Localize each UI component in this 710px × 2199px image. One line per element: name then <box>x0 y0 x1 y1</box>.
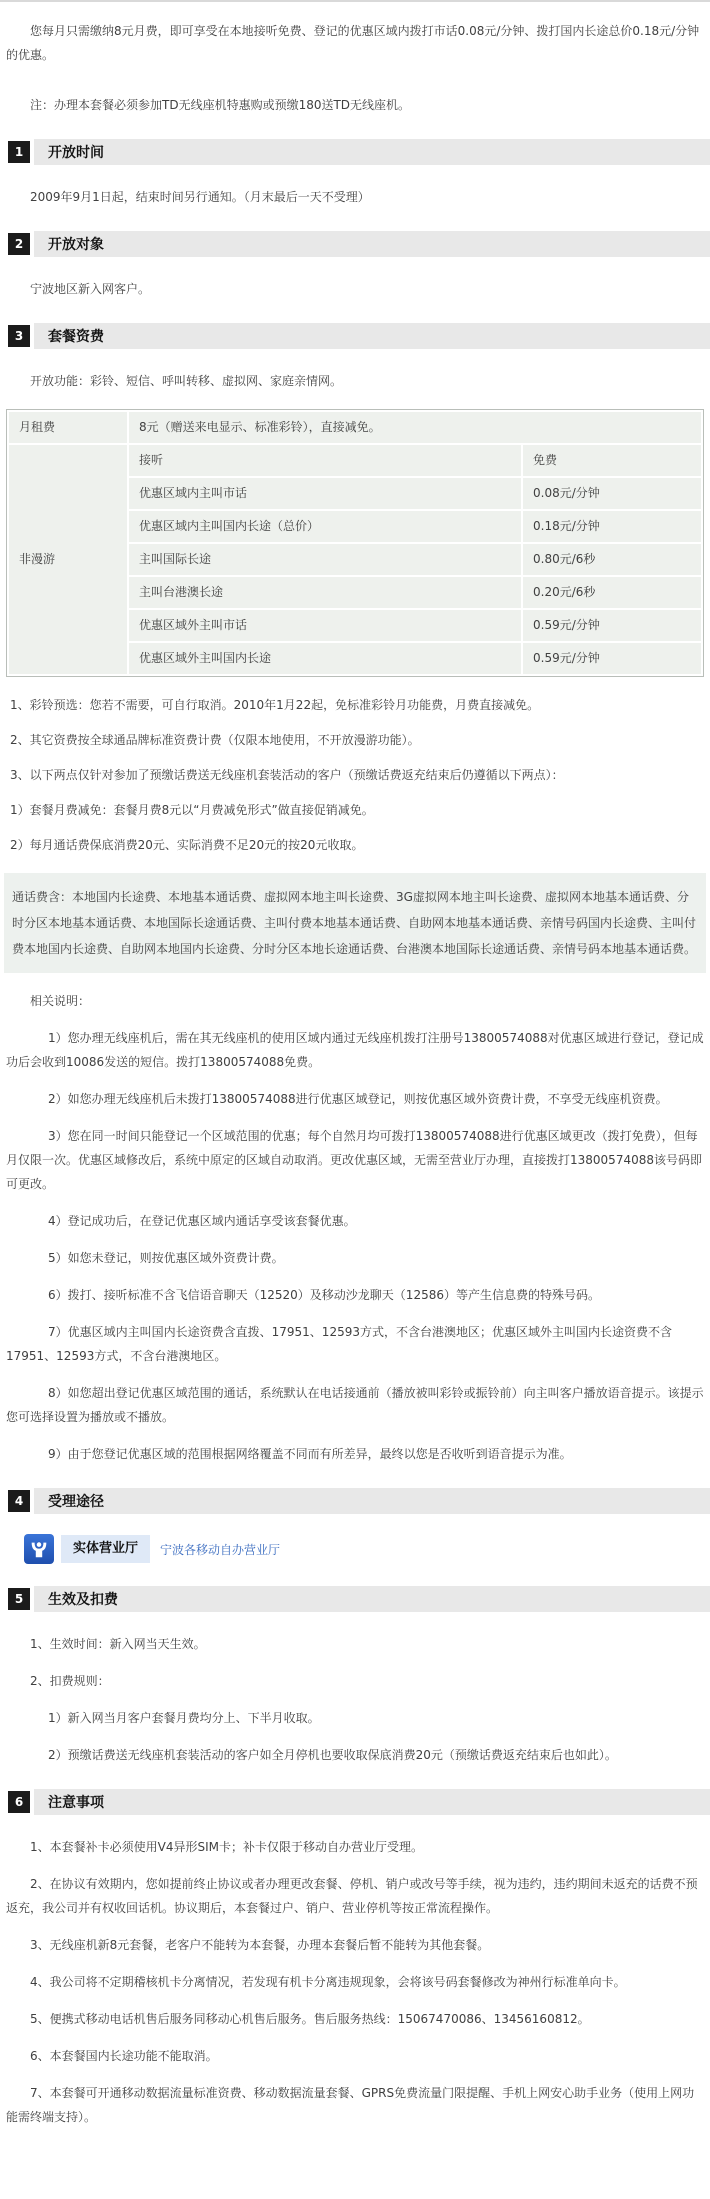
related-item: 7）优惠区域内主叫国内长途资费含直拨、17951、12593方式，不含台港澳地区… <box>6 1320 704 1368</box>
rate-price-cell: 0.80元/6秒 <box>523 544 701 575</box>
fee-note: 3、以下两点仅针对参加了预缴话费送无线座机套装活动的客户（预缴话费返充结束后仍遵… <box>10 763 704 787</box>
section-2-number: 2 <box>8 233 30 255</box>
rate-price-cell: 0.59元/分钟 <box>523 610 701 641</box>
table-row: 非漫游 接听 免费 <box>9 445 701 476</box>
intro-paragraph: 您每月只需缴纳8元月费，即可享受在本地接听免费、登记的优惠区域内拨打市话0.08… <box>6 19 704 67</box>
caution-item: 1、本套餐补卡必须使用V4异形SIM卡；补卡仅限于移动自办营业厅受理。 <box>6 1835 704 1859</box>
fee-note: 2）每月通话费保底消费20元、实际消费不足20元的按20元收取。 <box>10 833 704 857</box>
monthly-fee-value-cell: 8元（赠送来电显示、标准彩铃），直接减免。 <box>129 412 701 443</box>
section-1-number: 1 <box>8 141 30 163</box>
related-item: 8）如您超出登记优惠区域范围的通话，系统默认在电话接通前（播放被叫彩铃或振铃前）… <box>6 1381 704 1429</box>
rate-name-cell: 主叫国际长途 <box>129 544 521 575</box>
related-item: 1）您办理无线座机后，需在其无线座机的使用区域内通过无线座机拨打注册号13800… <box>6 1026 704 1074</box>
section-6-bar: 注意事项 <box>34 1789 710 1815</box>
caution-item: 4、我公司将不定期稽核机卡分离情况，若发现有机卡分离违规现象，会将该号码套餐修改… <box>6 1970 704 1994</box>
section-5-title: 生效及扣费 <box>34 1589 118 1609</box>
related-item: 3）您在同一时间只能登记一个区域范围的优惠；每个自然月均可拨打138005740… <box>6 1124 704 1196</box>
rate-name-cell: 优惠区域外主叫市话 <box>129 610 521 641</box>
section-3-number: 3 <box>8 325 30 347</box>
section-2-bar: 开放对象 <box>34 231 710 257</box>
channel-row: 实体营业厅 宁波各移动自办营业厅 <box>24 1534 704 1564</box>
hall-link[interactable]: 宁波各移动自办营业厅 <box>160 1541 280 1558</box>
rate-price-cell: 免费 <box>523 445 701 476</box>
billing-subitem: 1）新入网当月客户套餐月费均分上、下半月收取。 <box>6 1706 704 1730</box>
billing-item: 2、扣费规则： <box>6 1669 704 1693</box>
section-5-bar: 生效及扣费 <box>34 1586 710 1612</box>
related-item: 9）由于您登记优惠区域的范围根据网络覆盖不同而有所差异，最终以您是否收听到语音提… <box>6 1442 704 1466</box>
monthly-fee-label-cell: 月租费 <box>9 412 127 443</box>
fee-note: 1）套餐月费减免：套餐月费8元以“月费减免形式”做直接促销减免。 <box>10 798 704 822</box>
rate-price-cell: 0.08元/分钟 <box>523 478 701 509</box>
rate-price-cell: 0.20元/6秒 <box>523 577 701 608</box>
business-hall-icon <box>24 1534 54 1564</box>
call-fee-scope-block: 通话费含：本地国内长途费、本地基本通话费、虚拟网本地主叫长途费、3G虚拟网本地主… <box>4 873 706 973</box>
td-note-paragraph: 注：办理本套餐必须参加TD无线座机特惠购或预缴180送TD无线座机。 <box>6 93 704 117</box>
section-4-bar: 受理途径 <box>34 1488 710 1514</box>
table-row: 月租费 8元（赠送来电显示、标准彩铃），直接减免。 <box>9 412 701 443</box>
section-5-number: 5 <box>8 1588 30 1610</box>
section-1-title: 开放时间 <box>34 142 104 162</box>
hall-label: 实体营业厅 <box>61 1535 150 1563</box>
section-1-bar: 开放时间 <box>34 139 710 165</box>
related-item: 5）如您未登记，则按优惠区域外资费计费。 <box>6 1246 704 1270</box>
section-4-header: 4 受理途径 <box>0 1488 710 1514</box>
caution-item: 5、便携式移动电话机售后服务同移动心机售后服务。售后服务热线：150674700… <box>6 2007 704 2031</box>
caution-item: 3、无线座机新8元套餐，老客户不能转为本套餐，办理本套餐后暂不能转为其他套餐。 <box>6 1933 704 1957</box>
open-target-paragraph: 宁波地区新入网客户。 <box>6 277 704 301</box>
caution-item: 2、在协议有效期内，您如提前终止协议或者办理更改套餐、停机、销户或改号等手续，视… <box>6 1872 704 1920</box>
section-5-header: 5 生效及扣费 <box>0 1586 710 1612</box>
section-4-number: 4 <box>8 1490 30 1512</box>
billing-item: 1、生效时间：新入网当天生效。 <box>6 1632 704 1656</box>
related-item: 2）如您办理无线座机后未拨打13800574088进行优惠区域登记，则按优惠区域… <box>6 1087 704 1111</box>
section-3-bar: 套餐资费 <box>34 323 710 349</box>
section-4-title: 受理途径 <box>34 1491 104 1511</box>
rate-name-cell: 接听 <box>129 445 521 476</box>
section-6-number: 6 <box>8 1791 30 1813</box>
rate-price-cell: 0.59元/分钟 <box>523 643 701 674</box>
section-2-header: 2 开放对象 <box>0 231 710 257</box>
section-3-header: 3 套餐资费 <box>0 323 710 349</box>
fee-note: 2、其它资费按全球通品牌标准资费计费（仅限本地使用，不开放漫游功能）。 <box>10 728 704 752</box>
section-3-title: 套餐资费 <box>34 326 104 346</box>
fee-note: 1、彩铃预选：您若不需要，可自行取消。2010年1月22起，免标准彩铃月功能费，… <box>10 693 704 717</box>
plan-document: 您每月只需缴纳8元月费，即可享受在本地接听免费、登记的优惠区域内拨打市话0.08… <box>0 0 710 2129</box>
open-functions-paragraph: 开放功能：彩铃、短信、呼叫转移、虚拟网、家庭亲情网。 <box>6 369 704 393</box>
related-item: 4）登记成功后，在登记优惠区域内通话享受该套餐优惠。 <box>6 1209 704 1233</box>
rate-name-cell: 优惠区域内主叫国内长途（总价） <box>129 511 521 542</box>
rate-price-cell: 0.18元/分钟 <box>523 511 701 542</box>
rate-table: 月租费 8元（赠送来电显示、标准彩铃），直接减免。 非漫游 接听 免费 优惠区域… <box>6 409 704 677</box>
related-title: 相关说明： <box>6 989 704 1013</box>
section-6-title: 注意事项 <box>34 1792 104 1812</box>
related-item: 6）拨打、接听标准不含飞信语音聊天（12520）及移动沙龙聊天（12586）等产… <box>6 1283 704 1307</box>
caution-item: 7、本套餐可开通移动数据流量标准资费、移动数据流量套餐、GPRS免费流量门限提醒… <box>6 2081 704 2129</box>
rate-name-cell: 主叫台港澳长途 <box>129 577 521 608</box>
caution-item: 6、本套餐国内长途功能不能取消。 <box>6 2044 704 2068</box>
rate-name-cell: 优惠区域外主叫国内长途 <box>129 643 521 674</box>
open-time-paragraph: 2009年9月1日起，结束时间另行通知。（月末最后一天不受理） <box>6 185 704 209</box>
section-2-title: 开放对象 <box>34 234 104 254</box>
section-1-header: 1 开放时间 <box>0 139 710 165</box>
section-6-header: 6 注意事项 <box>0 1789 710 1815</box>
rate-name-cell: 优惠区域内主叫市话 <box>129 478 521 509</box>
group-label-cell: 非漫游 <box>9 445 127 674</box>
billing-subitem: 2）预缴话费送无线座机套装活动的客户如全月停机也要收取保底消费20元（预缴话费返… <box>6 1743 704 1767</box>
